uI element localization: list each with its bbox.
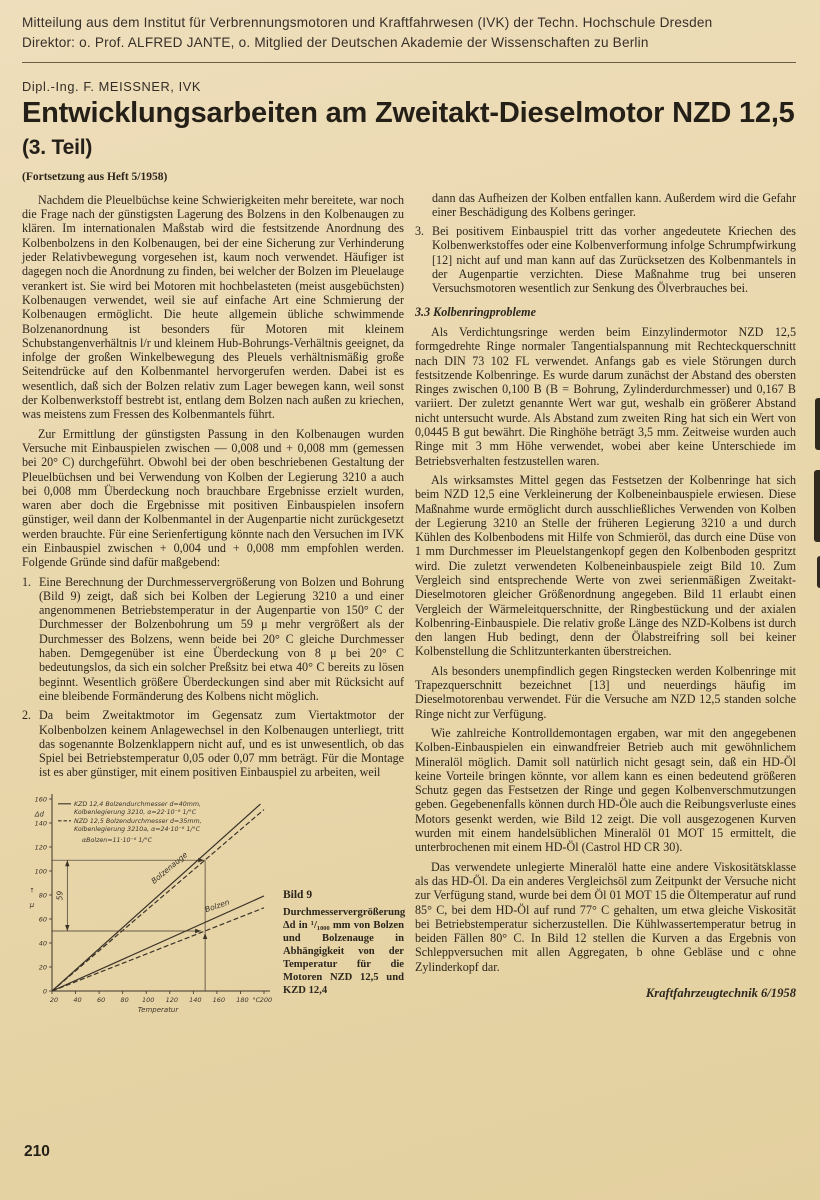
svg-text:40: 40	[39, 939, 47, 947]
svg-text:140: 140	[35, 819, 47, 827]
list-item-1: 1. Eine Berechnung der Durchmesservergrö…	[22, 575, 404, 704]
figure-caption: Bild 9 Durchmesservergrößerung Δd in ¹/₁…	[283, 889, 404, 1019]
list-item-2: 2. Da beim Zweitaktmotor im Gegensatz zu…	[22, 708, 404, 779]
svg-text:120: 120	[166, 996, 178, 1004]
two-column-body: (Fortsetzung aus Heft 5/1958) Nachdem di…	[22, 170, 796, 1019]
list-item-number: 1.	[22, 575, 31, 589]
svg-text:KZD 12,4 Bolzendurchmesser d=4: KZD 12,4 Bolzendurchmesser d=40mm,	[74, 801, 201, 808]
author-line: Dipl.-Ing. F. MEISSNER, IVK	[22, 79, 796, 94]
paragraph: Nachdem die Pleuelbüchse keine Schwierig…	[22, 193, 404, 422]
list-item-text: Da beim Zweitaktmotor im Gegensatz zum V…	[39, 708, 404, 779]
svg-text:20: 20	[39, 963, 47, 971]
svg-text:0: 0	[43, 987, 47, 995]
svg-text:αBolzen=11·10⁻⁶ 1/°C: αBolzen=11·10⁻⁶ 1/°C	[82, 836, 153, 844]
svg-text:120: 120	[35, 843, 47, 851]
svg-text:Kolbenlegierung 3210, α=22·10⁻: Kolbenlegierung 3210, α=22·10⁻⁶ 1/°C	[74, 808, 197, 816]
svg-text:↑: ↑	[29, 886, 34, 894]
svg-text:140: 140	[189, 996, 201, 1004]
list-item-number: 2.	[22, 708, 31, 722]
paragraph: Als wirksamstes Mittel gegen das Festset…	[415, 473, 796, 659]
svg-text:160: 160	[213, 996, 225, 1004]
list-item-3: 3. Bei positivem Einbauspiel tritt das v…	[415, 224, 796, 295]
scan-artifact	[815, 398, 820, 450]
svg-text:Temperatur: Temperatur	[138, 1006, 180, 1014]
svg-text:Bolzen: Bolzen	[204, 897, 231, 914]
svg-text:160: 160	[35, 795, 47, 803]
figure-caption-text: Durchmesservergrößerung Δd in ¹/₁₀₀₀ mm …	[283, 907, 405, 996]
svg-text:20: 20	[50, 996, 58, 1004]
svg-text:100: 100	[142, 996, 154, 1004]
bild9-chart-svg: 20406080100120140160180200°C020406080100…	[22, 789, 274, 1019]
director-line: Direktor: o. Prof. ALFRED JANTE, o. Mitg…	[22, 33, 796, 53]
section-heading: 3.3 Kolbenringprobleme	[415, 305, 796, 319]
list-item-number: 3.	[415, 224, 424, 238]
svg-text:Bolzenauge: Bolzenauge	[149, 850, 189, 886]
paragraph: Wie zahlreiche Kontrolldemontagen ergabe…	[415, 726, 796, 855]
institute-line: Mitteilung aus dem Institut für Verbrenn…	[22, 13, 796, 33]
svg-text:Kolbenlegierung 3210a, α=24·10: Kolbenlegierung 3210a, α=24·10⁻⁶ 1/°C	[74, 825, 201, 833]
item2-continuation: dann das Aufheizen der Kolben entfallen …	[415, 191, 796, 220]
svg-text:40: 40	[73, 996, 81, 1004]
svg-text:NZD 12,5 Bolzendurchmesser d=3: NZD 12,5 Bolzendurchmesser d=35mm,	[74, 818, 202, 825]
svg-text:80: 80	[121, 996, 129, 1004]
article-title: Entwicklungsarbeiten am Zweitakt-Dieselm…	[22, 98, 796, 162]
paragraph: Als besonders unempfindlich gegen Ringst…	[415, 664, 796, 721]
svg-text:μ: μ	[29, 901, 35, 909]
svg-text:60: 60	[97, 996, 105, 1004]
journal-footer: Kraftfahrzeugtechnik 6/1958	[415, 986, 796, 1000]
column-left: (Fortsetzung aus Heft 5/1958) Nachdem di…	[22, 170, 404, 1019]
header-divider	[22, 62, 796, 63]
paragraph: Das verwendete unlegierte Mineralöl hatt…	[415, 860, 796, 974]
article-title-main: Entwicklungsarbeiten am Zweitakt-Dieselm…	[22, 97, 795, 129]
scan-artifact	[814, 470, 820, 542]
continuation-note: (Fortsetzung aus Heft 5/1958)	[22, 170, 404, 184]
svg-text:180: 180	[236, 996, 248, 1004]
svg-text:200: 200	[260, 996, 272, 1004]
svg-text:°C: °C	[252, 996, 260, 1004]
list-item-text: Bei positivem Einbauspiel tritt das vorh…	[432, 224, 796, 295]
article-title-suffix: (3. Teil)	[22, 136, 92, 159]
svg-text:100: 100	[35, 867, 47, 875]
svg-text:80: 80	[39, 891, 47, 899]
page-number: 210	[24, 1143, 50, 1161]
list-item-text: Eine Berechnung der Durchmesservergrößer…	[39, 575, 404, 703]
paragraph: Zur Ermittlung der günstigsten Passung i…	[22, 427, 404, 570]
figure-bild9: 20406080100120140160180200°C020406080100…	[22, 789, 404, 1019]
svg-text:60: 60	[39, 915, 47, 923]
svg-text:59: 59	[55, 890, 64, 900]
column-right: dann das Aufheizen der Kolben entfallen …	[415, 170, 796, 1019]
figure-label: Bild 9	[283, 889, 404, 902]
paragraph: Als Verdichtungsringe werden beim Einzyl…	[415, 325, 796, 468]
svg-text:Δd: Δd	[34, 810, 45, 818]
journal-page: Mitteilung aus dem Institut für Verbrenn…	[0, 0, 820, 1200]
